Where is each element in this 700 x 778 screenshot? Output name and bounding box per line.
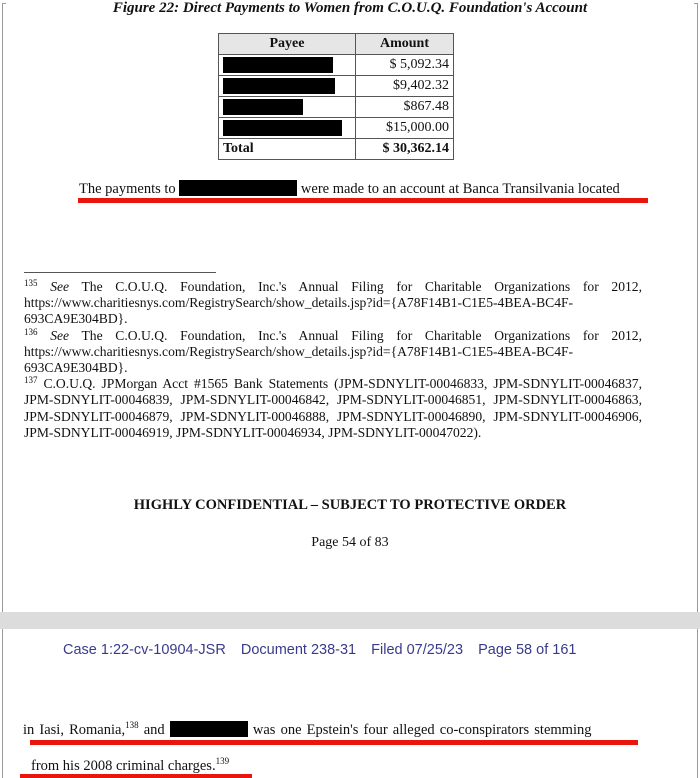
footnote-ref: 138 [125,720,139,730]
footnote-signal: See [50,279,69,294]
redacted-payee [223,99,303,115]
amount-cell: $9,402.32 [356,76,454,97]
page-separator [0,612,700,629]
page-border-left [2,4,3,612]
footnotes: 135 See The C.O.U.Q. Foundation, Inc.'s … [24,279,642,441]
footnote-135: 135 See The C.O.U.Q. Foundation, Inc.'s … [24,279,642,328]
case-header: Case 1:22-cv-10904-JSR Document 238-31 F… [63,642,587,658]
redacted-payee [223,57,333,73]
footnote-separator [24,272,216,273]
red-highlight-underline [30,740,638,745]
amount-cell: $867.48 [356,97,454,118]
footnote-signal: See [50,328,69,343]
document-number: Document 238-31 [241,642,356,658]
footnote-text: C.O.U.Q. JPMorgan Acct #1565 Bank Statem… [24,376,642,440]
redacted-payee [223,78,335,94]
red-highlight-underline [78,198,648,203]
redacted-payee [223,120,342,136]
footnote-number: 137 [24,375,38,385]
page-border-left [2,629,3,778]
payments-table: Payee Amount $ 5,092.34 $9,402.32 $867.4… [218,33,454,160]
column-header-amount: Amount [356,34,454,55]
redacted-name [170,721,248,737]
red-highlight-underline [20,774,252,778]
page-number: Page 54 of 83 [0,535,700,551]
table-total-row: Total $ 30,362.14 [219,139,454,160]
body-text: The payments to [79,181,176,197]
amount-cell: $ 5,092.34 [356,55,454,76]
table-row: $ 5,092.34 [219,55,454,76]
body-text: from his 2008 criminal charges. [31,758,216,774]
filed-date: Filed 07/25/23 [371,642,463,658]
footnote-ref: 139 [216,756,230,766]
footnote-number: 136 [24,327,38,337]
page-border-right [697,4,698,612]
table-row: $867.48 [219,97,454,118]
footnote-136: 136 See The C.O.U.Q. Foundation, Inc.'s … [24,328,642,377]
redacted-name [179,180,297,196]
case-number: Case 1:22-cv-10904-JSR [63,642,226,658]
total-amount: $ 30,362.14 [356,139,454,160]
body-paragraph-line: The payments to were made to an account … [79,180,620,198]
case-page-number: Page 58 of 161 [478,642,576,658]
column-header-payee: Payee [219,34,356,55]
body-paragraph-line: in Iasi, Romania,138 and was one Epstein… [23,721,591,739]
body-text: in Iasi, Romania, [23,722,125,738]
footnote-text: The C.O.U.Q. Foundation, Inc.'s Annual F… [24,279,642,326]
body-text: and [139,722,165,738]
table-row: $15,000.00 [219,118,454,139]
figure-title: Figure 22: Direct Payments to Women from… [0,0,700,16]
table-row: $9,402.32 [219,76,454,97]
body-text: was one Epstein's four alleged co-conspi… [253,722,592,738]
total-label: Total [219,139,356,160]
page-border-right [697,629,698,778]
footnote-number: 135 [24,278,38,288]
confidentiality-notice: HIGHLY CONFIDENTIAL – SUBJECT TO PROTECT… [0,497,700,514]
body-paragraph-line: from his 2008 criminal charges.139 [31,757,229,775]
footnote-text: The C.O.U.Q. Foundation, Inc.'s Annual F… [24,328,642,375]
amount-cell: $15,000.00 [356,118,454,139]
footnote-137: 137 C.O.U.Q. JPMorgan Acct #1565 Bank St… [24,376,642,441]
body-text: were made to an account at Banca Transil… [301,181,620,197]
